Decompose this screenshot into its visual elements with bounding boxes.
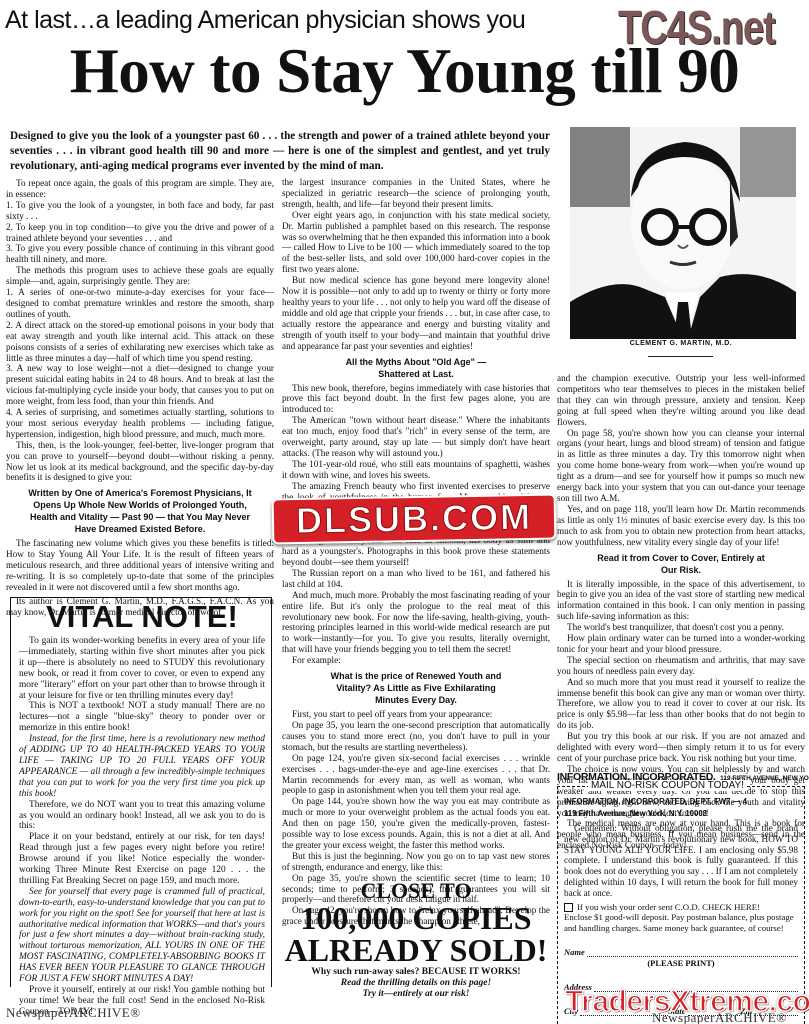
coupon-dept: INFORMATION, INCORPORATED, DEPT. FW7 — 4	[564, 796, 798, 808]
paragraph: But now medical science has gone beyond …	[282, 275, 550, 351]
name-field[interactable]: Name	[564, 947, 798, 957]
sales-callout: CLOSE TO 100,000 COPIES ALREADY SOLD! Wh…	[282, 880, 550, 1000]
paragraph: The fascinating new volume which gives y…	[6, 538, 274, 593]
paragraph: and the champion executive. Outstrip you…	[557, 373, 805, 428]
newspaperarchive-logo-left: NewspaperARCHIVE®	[6, 1005, 141, 1021]
column-1: To repeat once again, the goals of this …	[6, 178, 274, 618]
paragraph: To gain its wonder-working benefits in e…	[19, 636, 265, 701]
paragraph: How plain ordinary water can be turned i…	[557, 633, 805, 655]
sales-callout-line2: 100,000 COPIES	[282, 902, 550, 934]
paragraph: The methods this program uses to achieve…	[6, 265, 274, 287]
paragraph: The world's best tranquilizer, that does…	[557, 622, 805, 633]
paragraph: the largest insurance companies in the U…	[282, 177, 550, 210]
paragraph: The American "town without heart disease…	[282, 415, 550, 459]
paragraph: The 101-year-old roué, who still eats mo…	[282, 459, 550, 481]
paragraph: Instead, for the first time, here is a r…	[19, 734, 265, 799]
paragraph: On page 58, you're shown how you can cle…	[557, 428, 805, 504]
subhead-read-it: Read it from Cover to Cover, Entirely at…	[557, 552, 805, 576]
method-1: 1. A series of one-or-two minute-a-day e…	[6, 287, 274, 320]
paragraph: This new book, therefore, begins immedia…	[282, 383, 550, 416]
sales-callout-line3: ALREADY SOLD!	[282, 934, 550, 966]
vital-note-box: VITAL NOTE! To gain its wonder-working b…	[10, 597, 272, 987]
paragraph: On page 124, you're given six-second fac…	[282, 753, 550, 797]
print-hint: (PLEASE PRINT)	[564, 958, 798, 968]
goal-1: 1. To give you the look of a youngster, …	[6, 200, 274, 222]
sales-callout-line4: Why such run-away sales? BECAUSE IT WORK…	[282, 966, 550, 978]
goal-2: 2. To keep you in top condition—to give …	[6, 222, 274, 244]
coupon-header: MAIL NO-RISK COUPON TODAY!	[588, 780, 747, 791]
deck-paragraph: Designed to give you the look of a young…	[10, 129, 550, 174]
sales-callout-line6: Try it—entirely at our risk!	[282, 989, 550, 1000]
cod-note: Enclose $1 good-will deposit. Pay postma…	[564, 912, 798, 933]
method-3: 3. A new way to lose weight—not a diet—d…	[6, 363, 274, 407]
sales-callout-line5: Read the thrilling details on this page!	[282, 978, 550, 989]
paragraph: See for yourself that every page is cram…	[19, 887, 265, 985]
coupon-body: Gentlemen: Without obligation, please ru…	[564, 823, 798, 899]
subhead-written-by: Written by One of America's Foremost Phy…	[6, 487, 274, 535]
paragraph: First, you start to peel off years from …	[282, 709, 550, 720]
watermark-dlsub: DLSUB.COM	[272, 494, 557, 545]
paragraph: The Russian report on a man who lived to…	[282, 568, 550, 590]
paragraph: On page 144, you're shown how the way yo…	[282, 796, 550, 851]
name-label: Name	[564, 947, 585, 957]
newspaperarchive-logo-right: NewspaperARCHIVE®	[652, 1010, 787, 1024]
goal-3: 3. To give you every possible chance of …	[6, 243, 274, 265]
paragraph: Yes, and on page 118, you'll learn how D…	[557, 504, 805, 548]
photo-caption: CLEMENT G. MARTIN, M.D.	[557, 340, 805, 347]
cod-checkbox-label: If you wish your order sent C.O.D. CHECK…	[577, 902, 760, 912]
paragraph: It is literally impossible, in the space…	[557, 579, 805, 623]
page-headline: How to Stay Young till 90	[0, 38, 809, 104]
author-photo	[570, 127, 796, 339]
kicker-line: At last…a leading American physician sho…	[5, 6, 565, 35]
cod-checkbox[interactable]	[564, 903, 573, 912]
cod-option[interactable]: If you wish your order sent C.O.D. CHECK…	[564, 902, 798, 913]
method-2: 2. A direct attack on the stored-up emot…	[6, 320, 274, 364]
portrait-illustration	[570, 127, 796, 339]
paragraph: This is NOT a textbook! NOT a study manu…	[19, 701, 265, 734]
paragraph: The special section on rheumatism and ar…	[557, 655, 805, 677]
method-4: 4. A series of surprising, and sometimes…	[6, 407, 274, 440]
paragraph: But you try this book at our risk. If yo…	[557, 731, 805, 764]
paragraph: And much, much more. Probably the most f…	[282, 590, 550, 655]
paragraph: To repeat once again, the goals of this …	[6, 178, 274, 200]
paragraph: On page 35, you learn the one-second pre…	[282, 720, 550, 753]
coupon-address: 119 Fifth Avenue, New York, N.Y. 10003	[564, 808, 798, 820]
paragraph: For example:	[282, 655, 550, 666]
subhead-price-of-youth: What is the price of Renewed Youth and V…	[282, 670, 550, 706]
paragraph: Place it on your bedstand, entirely at o…	[19, 832, 265, 887]
paragraph: Therefore, we do NOT want you to treat t…	[19, 800, 265, 833]
paragraph: But this is just the beginning. Now you …	[282, 851, 550, 873]
vital-note-title: VITAL NOTE!	[19, 600, 265, 634]
sales-callout-line1: CLOSE TO	[282, 880, 550, 902]
caption-divider	[648, 356, 713, 357]
subhead-myths: All the Myths About "Old Age" — Shattere…	[282, 356, 550, 380]
paragraph: And so much more that you must read it y…	[557, 677, 805, 732]
name-input-line[interactable]	[587, 947, 798, 957]
paragraph: This, then, is the look-younger, feel-be…	[6, 440, 274, 484]
column-2: the largest insurance companies in the U…	[282, 177, 550, 927]
paragraph: Over eight years ago, in conjunction wit…	[282, 210, 550, 275]
